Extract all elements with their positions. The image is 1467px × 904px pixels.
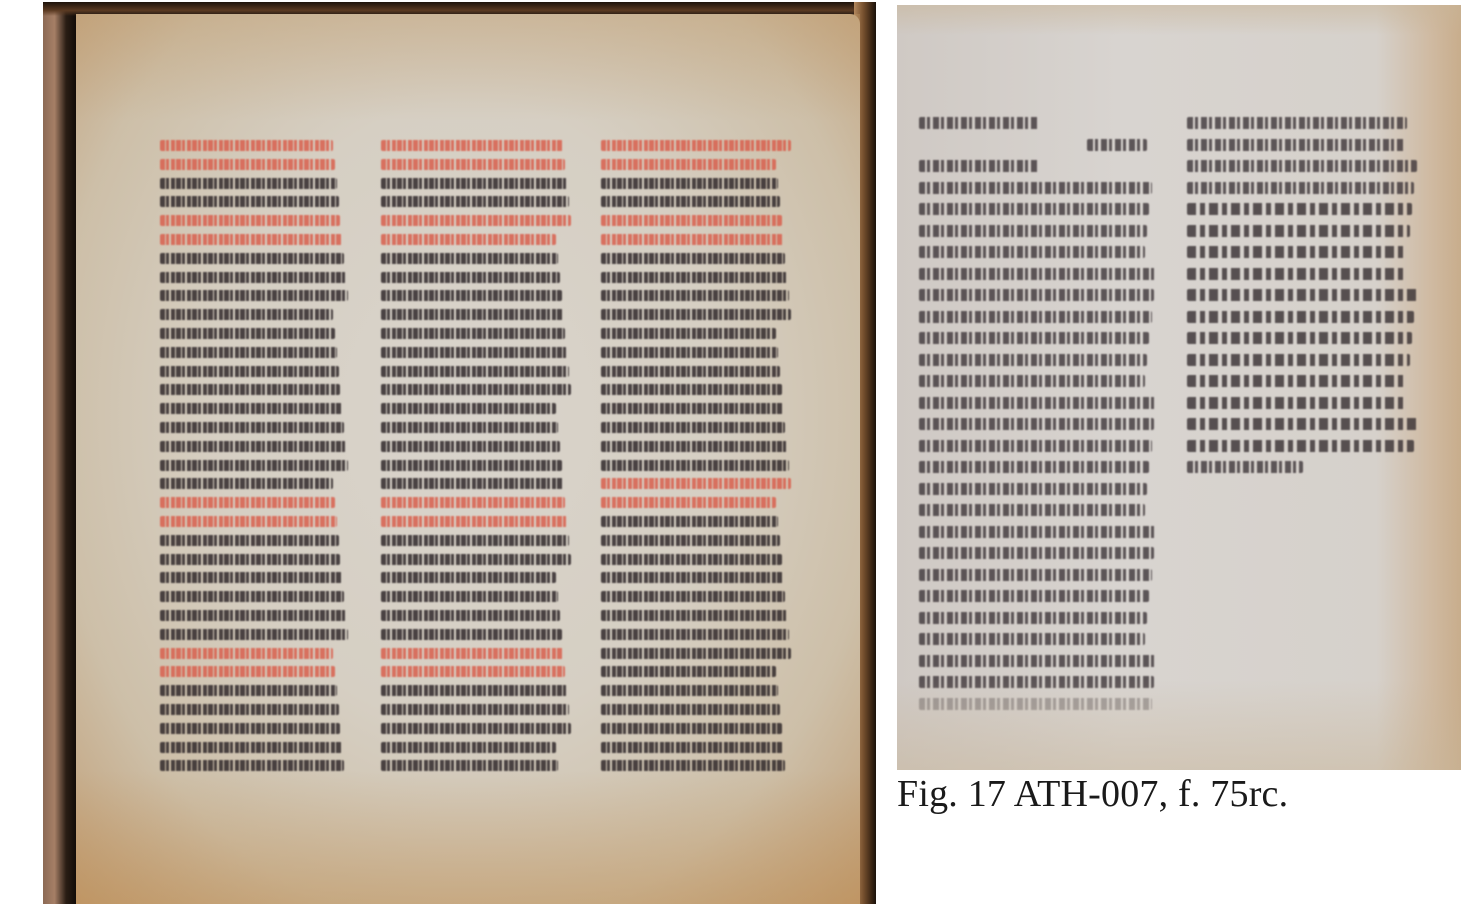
rubric-line: [381, 234, 556, 245]
text-line: [1187, 397, 1405, 409]
text-line: [381, 685, 567, 696]
text-line: [1187, 268, 1405, 280]
book-binding-edge: [43, 2, 76, 904]
text-line: [919, 633, 1145, 645]
text-line: [919, 246, 1145, 258]
text-line: [601, 272, 787, 283]
text-line: [381, 178, 567, 189]
text-column-2: [381, 140, 571, 779]
text-line: [160, 760, 344, 771]
text-line: [381, 704, 569, 715]
text-line: [919, 182, 1152, 194]
figure-caption: Fig. 17 ATH-007, f. 75rc.: [897, 772, 1288, 816]
rubric-line: [381, 648, 563, 659]
text-line: [1187, 375, 1407, 387]
text-line: [919, 268, 1157, 280]
text-line: [1187, 418, 1417, 430]
rubric-line: [381, 497, 565, 508]
rubric-line: [601, 159, 776, 170]
parchment-page: [76, 14, 860, 904]
text-line: [601, 328, 776, 339]
text-line: [160, 610, 346, 621]
text-line: [160, 290, 348, 301]
text-line: [1187, 225, 1410, 237]
text-line: [160, 441, 346, 452]
text-line: [919, 698, 1152, 710]
text-line: [160, 460, 348, 471]
rubric-line: [601, 478, 791, 489]
text-line: [381, 460, 562, 471]
text-line: [601, 309, 791, 320]
text-line: [601, 685, 778, 696]
rubric-line: [601, 234, 783, 245]
rubric-line: [601, 140, 791, 151]
text-line: [1187, 139, 1405, 151]
text-line: [919, 311, 1152, 323]
text-line: [919, 160, 1039, 172]
text-line: [381, 272, 560, 283]
text-line: [601, 460, 789, 471]
text-line: [919, 332, 1149, 344]
text-line: [160, 535, 339, 546]
text-line: [160, 384, 340, 395]
text-line: [601, 347, 778, 358]
text-line: [381, 328, 565, 339]
manuscript-photo-three-column: [43, 2, 876, 904]
text-line: [919, 117, 1039, 129]
text-line: [1187, 203, 1412, 215]
rubric-line: [601, 497, 776, 508]
text-line: [919, 225, 1147, 237]
text-line: [1187, 182, 1414, 194]
text-line: [919, 612, 1147, 624]
text-line: [601, 704, 780, 715]
text-line: [160, 309, 333, 320]
text-line: [160, 422, 344, 433]
text-line: [381, 610, 560, 621]
text-line: [601, 648, 791, 659]
text-line: [381, 760, 558, 771]
text-line: [160, 629, 348, 640]
text-line: [601, 366, 780, 377]
text-line: [160, 572, 342, 583]
text-line: [160, 591, 344, 602]
text-line: [160, 554, 340, 565]
text-line: [601, 422, 785, 433]
text-line: [381, 196, 569, 207]
text-line: [601, 742, 783, 753]
text-line: [919, 526, 1157, 538]
text-line: [601, 178, 778, 189]
text-line: [919, 203, 1149, 215]
text-line: [381, 422, 558, 433]
text-line: [160, 253, 344, 264]
text-line: [601, 554, 782, 565]
text-line: [601, 516, 778, 527]
text-line: [1187, 160, 1417, 172]
text-line: [601, 403, 783, 414]
rubric-line: [381, 159, 565, 170]
text-line: [381, 723, 571, 734]
text-line: [381, 290, 562, 301]
text-line: [381, 554, 571, 565]
text-line: [601, 760, 785, 771]
text-line: [919, 676, 1154, 688]
text-column-1: [160, 140, 348, 779]
text-line: [919, 569, 1152, 581]
rubric-line: [381, 215, 571, 226]
text-line: [1187, 440, 1414, 452]
text-line: [160, 178, 337, 189]
text-column-3: [601, 140, 791, 779]
text-line: [1187, 461, 1303, 473]
text-line: [1187, 117, 1407, 129]
text-line: [919, 418, 1154, 430]
text-line: [601, 290, 789, 301]
text-line: [381, 629, 562, 640]
text-line: [381, 253, 558, 264]
text-line: [381, 441, 560, 452]
rubric-line: [160, 234, 342, 245]
text-line: [919, 483, 1147, 495]
text-line: [919, 354, 1147, 366]
rubric-line: [160, 497, 335, 508]
text-line: [1187, 354, 1410, 366]
text-line: [160, 347, 337, 358]
rubric-line: [160, 159, 335, 170]
text-line: [381, 309, 563, 320]
rubric-line: [160, 648, 333, 659]
text-line: [601, 610, 787, 621]
text-line: [1187, 311, 1414, 323]
text-line: [601, 629, 789, 640]
text-line: [601, 723, 782, 734]
text-line: [160, 723, 340, 734]
text-line: [160, 704, 339, 715]
manuscript-photo-two-column-detail: [897, 5, 1461, 770]
text-line: [381, 591, 558, 602]
text-line: [160, 478, 333, 489]
text-line: [919, 461, 1149, 473]
text-line: [919, 440, 1152, 452]
detail-text-column-1: [919, 117, 1159, 719]
text-line: [381, 572, 556, 583]
text-line: [601, 384, 782, 395]
text-line: [160, 366, 339, 377]
text-line: [381, 742, 556, 753]
rubric-line: [160, 215, 340, 226]
rubric-line: [160, 666, 335, 677]
rubric-line: [160, 140, 333, 151]
text-line: [160, 196, 339, 207]
text-line: [601, 572, 783, 583]
text-line: [160, 685, 337, 696]
text-line: [601, 666, 776, 677]
text-line: [160, 403, 342, 414]
text-line: [601, 535, 780, 546]
rubric-line: [381, 140, 563, 151]
text-line: [1087, 139, 1147, 151]
text-line: [919, 547, 1154, 559]
text-line: [1187, 332, 1412, 344]
text-line: [160, 328, 335, 339]
text-line: [919, 504, 1145, 516]
rubric-line: [381, 516, 567, 527]
text-line: [919, 375, 1145, 387]
text-line: [381, 535, 569, 546]
rubric-line: [381, 666, 565, 677]
text-line: [601, 591, 785, 602]
text-line: [381, 478, 563, 489]
text-line: [381, 347, 567, 358]
text-line: [1187, 246, 1407, 258]
text-line: [381, 366, 569, 377]
text-line: [381, 384, 571, 395]
text-line: [160, 272, 346, 283]
text-line: [601, 441, 787, 452]
text-line: [919, 655, 1157, 667]
text-line: [919, 289, 1154, 301]
text-line: [601, 253, 785, 264]
text-line: [601, 196, 780, 207]
text-line: [919, 397, 1157, 409]
text-line: [919, 590, 1149, 602]
rubric-line: [160, 516, 337, 527]
rubric-line: [601, 215, 782, 226]
text-line: [1187, 289, 1417, 301]
text-line: [160, 742, 342, 753]
text-line: [381, 403, 556, 414]
detail-text-column-2: [1187, 117, 1419, 483]
